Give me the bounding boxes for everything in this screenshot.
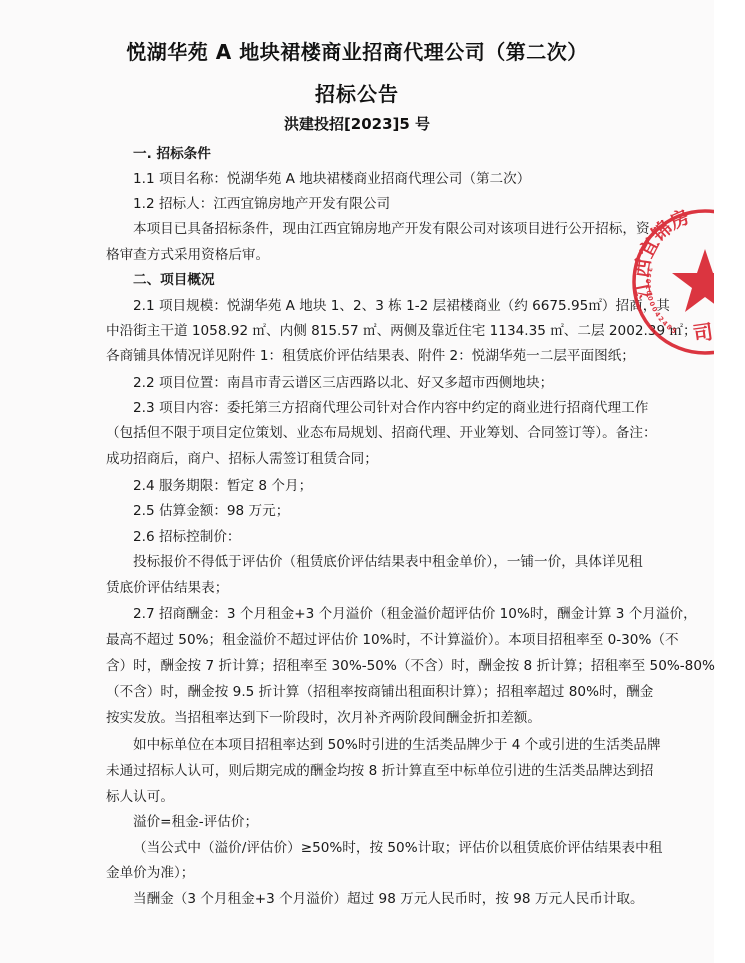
brand-clause-line1: 如中标单位在本项目招租率达到 50%时引进的生活类品牌少于 4 个或引进的生活类… bbox=[133, 736, 613, 754]
commission-cap: 当酬金（3 个月租金+3 个月溢价）超过 98 万元人民币时，按 98 万元人民… bbox=[133, 890, 613, 908]
paragraph-conditions-line2: 格审查方式采用资格后审。 bbox=[106, 246, 613, 264]
premium-formula: 溢价=租金-评估价； bbox=[133, 813, 613, 831]
control-price: 2.6 招标控制价： bbox=[133, 528, 613, 546]
project-content-line1: 2.3 项目内容：委托第三方招商代理公司针对合作内容中约定的商业进行招商代理工作 bbox=[133, 399, 613, 417]
tenderer: 1.2 招标人：江西宜锦房地产开发有限公司 bbox=[133, 195, 613, 213]
document-subtitle: 招标公告 bbox=[0, 78, 714, 107]
project-scale-line3: 各商铺具体情况详见附件 1：租赁底价评估结果表、附件 2：悦湖华苑一二层平面图纸… bbox=[106, 347, 613, 365]
project-scale-line1: 2.1 项目规模：悦湖华苑 A 地块 1、2、3 栋 1-2 层裙楼商业（约 6… bbox=[133, 297, 613, 315]
project-location: 2.2 项目位置：南昌市青云谱区三店西路以北、好又多超市西侧地块； bbox=[133, 374, 613, 392]
star-icon bbox=[672, 249, 714, 312]
section-heading-conditions: 一. 招标条件 bbox=[133, 145, 613, 163]
commission-line4: （不含）时，酬金按 9.5 折计算（招租率按商铺出租面积计算）；招租率超过 80… bbox=[106, 683, 613, 701]
section-heading-overview: 二、项目概况 bbox=[133, 271, 613, 289]
document-page: 悦湖华苑 A 地块裙楼商业招商代理公司（第二次） 招标公告 洪建投招[2023]… bbox=[0, 0, 714, 963]
commission-line2: 最高不超过 50%；租金溢价不超过评估价 10%时，不计算溢价）。本项目招租率至… bbox=[106, 631, 613, 649]
paragraph-conditions-line1: 本项目已具备招标条件，现由江西宜锦房地产开发有限公司对该项目进行公开招标，资 bbox=[133, 220, 613, 238]
commission-line5: 按实发放。当招租率达到下一阶段时，次月补齐两阶段间酬金折扣差额。 bbox=[106, 709, 613, 727]
project-content-line3: 成功招商后，商户、招标人需签订租赁合同； bbox=[106, 450, 613, 468]
brand-clause-line3: 标人认可。 bbox=[106, 788, 613, 806]
brand-clause-line2: 未通过招标人认可，则后期完成的酬金均按 8 折计算直至中标单位引进的生活类品牌达… bbox=[106, 762, 613, 780]
premium-note-line2: 金单价为准）； bbox=[106, 864, 613, 882]
project-name: 1.1 项目名称：悦湖华苑 A 地块裙楼商业招商代理公司（第二次） bbox=[133, 170, 613, 188]
project-content-line2: （包括但不限于项目定位策划、业态布局规划、招商代理、开业筹划、合同签订等）。备注… bbox=[106, 424, 613, 442]
document-title: 悦湖华苑 A 地块裙楼商业招商代理公司（第二次） bbox=[0, 36, 714, 65]
project-scale-line2: 中沿街主干道 1058.92 ㎡、内侧 815.57 ㎡、两侧及靠近住宅 113… bbox=[106, 322, 613, 340]
control-price-line2: 赁底价评估结果表； bbox=[106, 579, 613, 597]
control-price-line1: 投标报价不得低于评估价（租赁底价评估结果表中租金单价），一铺一价，具体详见租 bbox=[133, 553, 613, 571]
premium-note-line1: （当公式中（溢价/评估价）≥50%时，按 50%计取；评估价以租赁底价评估结果表… bbox=[133, 839, 613, 857]
document-number: 洪建投招[2023]5 号 bbox=[0, 113, 714, 134]
estimated-amount: 2.5 估算金额：98 万元； bbox=[133, 502, 613, 520]
service-period: 2.4 服务期限：暂定 8 个月； bbox=[133, 477, 613, 495]
commission-line3: 含）时，酬金按 7 折计算；招租率至 30%-50%（不含）时，酬金按 8 折计… bbox=[106, 657, 613, 675]
commission-line1: 2.7 招商酬金：3 个月租金+3 个月溢价（租金溢价超评估价 10%时，酬金计… bbox=[133, 605, 613, 623]
